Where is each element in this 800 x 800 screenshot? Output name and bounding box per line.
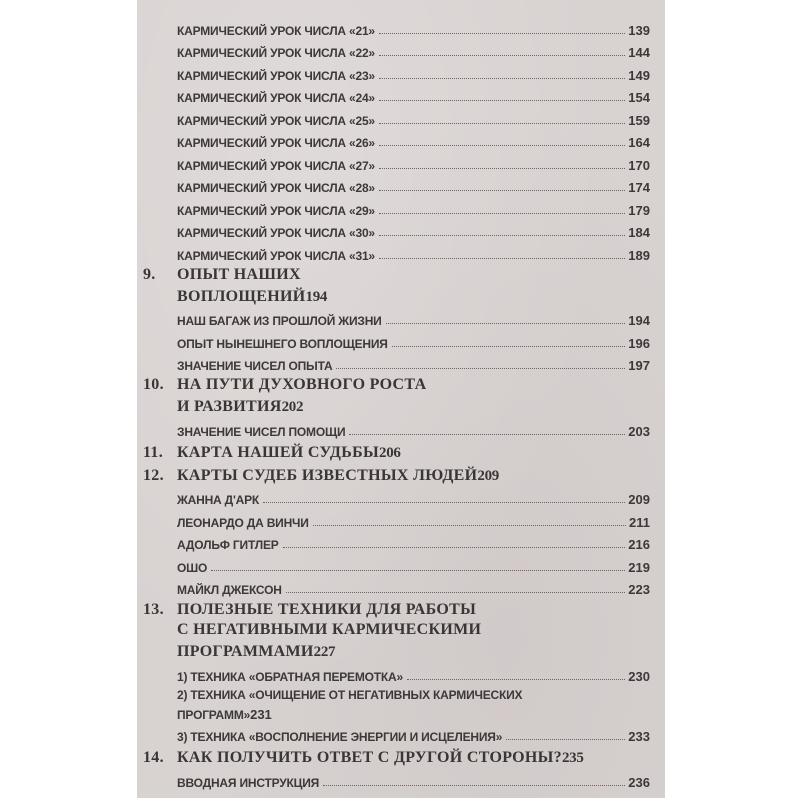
chapter-number: 10.	[143, 375, 177, 395]
toc-entry-title: КАРМИЧЕСКИЙ УРОК ЧИСЛА «26»	[177, 136, 375, 150]
dot-leader	[407, 678, 625, 680]
toc-entry-page: 211	[629, 515, 650, 530]
toc-chapter-12[interactable]: 12. КАРТЫ СУДЕБ ИЗВЕСТНЫХ ЛЮДЕЙ 209	[137, 462, 665, 485]
toc-entry-page: 203	[628, 424, 650, 439]
chapter-title-line: 13.ПОЛЕЗНЫЕ ТЕХНИКИ ДЛЯ РАБОТЫ	[143, 600, 650, 620]
toc-entry[interactable]: КАРМИЧЕСКИЙ УРОК ЧИСЛА «24» 154	[137, 83, 665, 106]
toc-entry-page: 194	[628, 313, 650, 328]
toc-entry-page: 164	[628, 135, 650, 150]
toc-entry-page: 174	[628, 180, 650, 195]
toc-entry-title: ЛЕОНАРДО ДА ВИНЧИ	[177, 516, 309, 530]
toc-entry[interactable]: МАЙКЛ ДЖЕКСОН 223	[137, 575, 665, 598]
chapter-title: ПОЛЕЗНЫЕ ТЕХНИКИ ДЛЯ РАБОТЫ	[177, 601, 476, 618]
toc-entry-page: 236	[628, 775, 650, 790]
toc-entry[interactable]: КАРМИЧЕСКИЙ УРОК ЧИСЛА «26» 164	[137, 128, 665, 151]
toc-entry-title: 2) ТЕХНИКА «ОЧИЩЕНИЕ ОТ НЕГАТИВНЫХ КАРМИ…	[177, 687, 650, 703]
toc-entry[interactable]: ЖАННА Д'АРК 209	[137, 485, 665, 508]
dot-leader	[263, 501, 625, 503]
toc-entry-title: ЖАННА Д'АРК	[177, 493, 259, 507]
toc-entry-title: КАРМИЧЕСКИЙ УРОК ЧИСЛА «31»	[177, 249, 375, 263]
toc-chapter-10[interactable]: 10.НА ПУТИ ДУХОВНОГО РОСТА И РАЗВИТИЯ 20…	[137, 375, 665, 416]
toc-entry-page: 216	[628, 537, 650, 552]
dot-leader	[379, 77, 625, 79]
toc-entry[interactable]: КАРМИЧЕСКИЙ УРОК ЧИСЛА «27» 170	[137, 150, 665, 173]
chapter-title: ВОПЛОЩЕНИЙ	[177, 288, 306, 306]
toc-entry-page: 197	[628, 358, 650, 373]
chapter-title: НА ПУТИ ДУХОВНОГО РОСТА	[177, 376, 426, 393]
toc-entry[interactable]: ВВОДНАЯ ИНСТРУКЦИЯ 236	[137, 767, 665, 790]
toc-entry-page: 231	[250, 707, 272, 722]
toc-entry-title: ОШО	[177, 561, 207, 575]
toc-entry-page: 139	[628, 23, 650, 38]
chapter-number: 11.	[143, 444, 177, 462]
toc-entry-title: 1) ТЕХНИКА «ОБРАТНАЯ ПЕРЕМОТКА»	[177, 670, 403, 684]
toc-entry-title: ЗНАЧЕНИЕ ЧИСЕЛ ПОМОЩИ	[177, 425, 345, 439]
dot-leader	[379, 32, 625, 34]
toc-entry[interactable]: ЗНАЧЕНИЕ ЧИСЕЛ ОПЫТА 197	[137, 351, 665, 374]
toc-entry-page: 159	[628, 113, 650, 128]
chapter-number: 12.	[143, 467, 177, 485]
toc-entry-title: 3) ТЕХНИКА «ВОСПОЛНЕНИЕ ЭНЕРГИИ И ИСЦЕЛЕ…	[177, 730, 502, 744]
dot-leader	[379, 234, 625, 236]
dot-leader	[286, 591, 626, 593]
chapter-title-line: 10.НА ПУТИ ДУХОВНОГО РОСТА	[143, 375, 650, 395]
dot-leader	[313, 524, 626, 526]
chapter-title: КАК ПОЛУЧИТЬ ОТВЕТ С ДРУГОЙ СТОРОНЫ?	[177, 749, 562, 767]
book-page: КАРМИЧЕСКИЙ УРОК ЧИСЛА «21» 139 КАРМИЧЕС…	[137, 0, 665, 798]
dot-leader	[323, 784, 625, 786]
toc-entry-page: 230	[628, 669, 650, 684]
toc-chapter-9[interactable]: 9.ОПЫТ НАШИХ ВОПЛОЩЕНИЙ 194	[137, 265, 665, 306]
toc-entry[interactable]: 2) ТЕХНИКА «ОЧИЩЕНИЕ ОТ НЕГАТИВНЫХ КАРМИ…	[137, 684, 665, 722]
toc-entry-title: КАРМИЧЕСКИЙ УРОК ЧИСЛА «28»	[177, 181, 375, 195]
table-of-contents: КАРМИЧЕСКИЙ УРОК ЧИСЛА «21» 139 КАРМИЧЕС…	[137, 15, 665, 790]
toc-entry[interactable]: ЗНАЧЕНИЕ ЧИСЕЛ ПОМОЩИ 203	[137, 416, 665, 439]
dot-leader	[379, 257, 625, 259]
chapter-number: 14.	[143, 749, 177, 767]
chapter-page: 227	[314, 644, 336, 661]
toc-entry-page: 209	[628, 492, 650, 507]
toc-entry[interactable]: КАРМИЧЕСКИЙ УРОК ЧИСЛА «23» 149	[137, 60, 665, 83]
toc-entry[interactable]: ОШО 219	[137, 552, 665, 575]
chapter-title-line: 9.ОПЫТ НАШИХ	[143, 265, 650, 285]
toc-entry-title: КАРМИЧЕСКИЙ УРОК ЧИСЛА «23»	[177, 69, 375, 83]
dot-leader	[379, 212, 625, 214]
toc-entry-title: КАРМИЧЕСКИЙ УРОК ЧИСЛА «21»	[177, 24, 375, 38]
dot-leader	[211, 569, 625, 571]
toc-entry[interactable]: КАРМИЧЕСКИЙ УРОК ЧИСЛА «25» 159	[137, 105, 665, 128]
toc-entry[interactable]: ЛЕОНАРДО ДА ВИНЧИ 211	[137, 507, 665, 530]
toc-entry[interactable]: КАРМИЧЕСКИЙ УРОК ЧИСЛА «31» 189	[137, 240, 665, 263]
toc-chapter-11[interactable]: 11. КАРТА НАШЕЙ СУДЬБЫ 206	[137, 439, 665, 462]
toc-entry-title: ОПЫТ НЫНЕШНЕГО ВОПЛОЩЕНИЯ	[177, 337, 388, 351]
toc-entry[interactable]: ОПЫТ НЫНЕШНЕГО ВОПЛОЩЕНИЯ 196	[137, 328, 665, 351]
dot-leader	[392, 345, 626, 347]
toc-entry-title: ПРОГРАММ»	[177, 708, 250, 722]
chapter-number: 13.	[143, 600, 177, 620]
toc-entry-title: КАРМИЧЕСКИЙ УРОК ЧИСЛА «24»	[177, 91, 375, 105]
dot-leader	[379, 189, 625, 191]
toc-entry-title: МАЙКЛ ДЖЕКСОН	[177, 583, 282, 597]
toc-entry-title: КАРМИЧЕСКИЙ УРОК ЧИСЛА «30»	[177, 226, 375, 240]
chapter-page: 202	[282, 399, 304, 416]
toc-entry[interactable]: НАШ БАГАЖ ИЗ ПРОШЛОЙ ЖИЗНИ 194	[137, 306, 665, 329]
dot-leader	[349, 433, 625, 435]
toc-entry-page: 223	[628, 582, 650, 597]
toc-entry-page: 189	[628, 248, 650, 263]
chapter-title: И РАЗВИТИЯ	[177, 398, 282, 416]
toc-entry-page: 233	[628, 729, 650, 744]
dot-leader	[386, 322, 626, 324]
toc-entry[interactable]: КАРМИЧЕСКИЙ УРОК ЧИСЛА «21» 139	[137, 15, 665, 38]
toc-entry-page: 149	[628, 68, 650, 83]
toc-chapter-14[interactable]: 14. КАК ПОЛУЧИТЬ ОТВЕТ С ДРУГОЙ СТОРОНЫ?…	[137, 744, 665, 767]
dot-leader	[336, 367, 625, 369]
chapter-page: 235	[562, 750, 584, 767]
toc-entry-page: 170	[628, 158, 650, 173]
toc-entry-page: 196	[628, 336, 650, 351]
toc-chapter-13[interactable]: 13.ПОЛЕЗНЫЕ ТЕХНИКИ ДЛЯ РАБОТЫ С НЕГАТИВ…	[137, 600, 665, 661]
dot-leader	[379, 167, 625, 169]
chapter-page: 206	[379, 445, 401, 462]
dot-leader	[283, 546, 626, 548]
chapter-title: КАРТА НАШЕЙ СУДЬБЫ	[177, 444, 379, 462]
toc-entry[interactable]: КАРМИЧЕСКИЙ УРОК ЧИСЛА «30» 184	[137, 218, 665, 241]
toc-entry[interactable]: 1) ТЕХНИКА «ОБРАТНАЯ ПЕРЕМОТКА» 230	[137, 661, 665, 684]
toc-entry-title: КАРМИЧЕСКИЙ УРОК ЧИСЛА «25»	[177, 114, 375, 128]
toc-entry-title: ЗНАЧЕНИЕ ЧИСЕЛ ОПЫТА	[177, 359, 332, 373]
toc-entry[interactable]: КАРМИЧЕСКИЙ УРОК ЧИСЛА «22» 144	[137, 38, 665, 61]
dot-leader	[506, 738, 625, 740]
toc-entry-page: 184	[628, 225, 650, 240]
toc-entry-page: 154	[628, 90, 650, 105]
dot-leader	[379, 99, 625, 101]
toc-entry-page: 144	[628, 45, 650, 60]
chapter-title: ОПЫТ НАШИХ	[177, 266, 301, 283]
toc-entry-title: КАРМИЧЕСКИЙ УРОК ЧИСЛА «29»	[177, 204, 375, 218]
chapter-number: 9.	[143, 265, 177, 285]
toc-entry-title: НАШ БАГАЖ ИЗ ПРОШЛОЙ ЖИЗНИ	[177, 314, 382, 328]
chapter-page: 194	[306, 289, 328, 306]
dot-leader	[379, 144, 625, 146]
toc-entry[interactable]: КАРМИЧЕСКИЙ УРОК ЧИСЛА «28» 174	[137, 173, 665, 196]
toc-entry-page: 219	[628, 560, 650, 575]
dot-leader	[379, 122, 625, 124]
toc-entry-title: КАРМИЧЕСКИЙ УРОК ЧИСЛА «27»	[177, 159, 375, 173]
chapter-page: 209	[477, 468, 499, 485]
toc-entry-page: 179	[628, 203, 650, 218]
toc-entry[interactable]: КАРМИЧЕСКИЙ УРОК ЧИСЛА «29» 179	[137, 195, 665, 218]
toc-entry-title: АДОЛЬФ ГИТЛЕР	[177, 538, 279, 552]
dot-leader	[379, 54, 625, 56]
toc-entry[interactable]: 3) ТЕХНИКА «ВОСПОЛНЕНИЕ ЭНЕРГИИ И ИСЦЕЛЕ…	[137, 722, 665, 745]
toc-entry[interactable]: АДОЛЬФ ГИТЛЕР 216	[137, 530, 665, 553]
chapter-title: КАРТЫ СУДЕБ ИЗВЕСТНЫХ ЛЮДЕЙ	[177, 467, 477, 485]
toc-entry-title: КАРМИЧЕСКИЙ УРОК ЧИСЛА «22»	[177, 46, 375, 60]
toc-entry-title: ВВОДНАЯ ИНСТРУКЦИЯ	[177, 776, 319, 790]
chapter-title: ПРОГРАММАМИ	[177, 643, 314, 661]
chapter-title-line: С НЕГАТИВНЫМИ КАРМИЧЕСКИМИ	[143, 620, 650, 640]
